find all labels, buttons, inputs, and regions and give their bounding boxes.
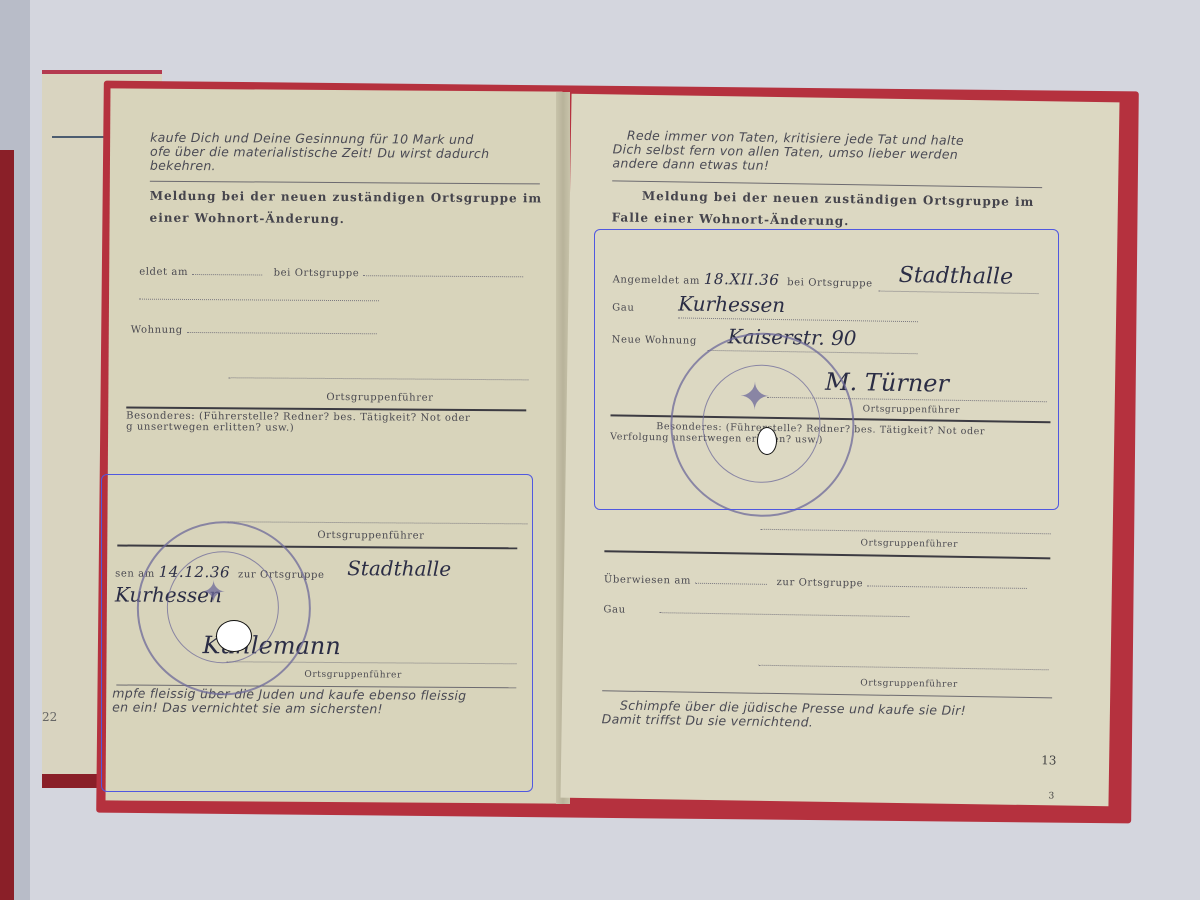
left-registration-field: eldet am bei Ortsgruppe [139, 267, 523, 281]
field-label: Wohnung [131, 325, 183, 336]
date-blank [695, 583, 767, 585]
right-slogan-top: Rede immer von Taten, kritisiere jede Ta… [612, 128, 1083, 177]
field-label: bei Ortsgruppe [274, 268, 360, 280]
heading-line: Meldung bei der neuen zuständigen Ortsgr… [150, 185, 550, 210]
signature-label: Ortsgruppenführer [860, 678, 958, 690]
field-label: zur Ortsgruppe [777, 577, 864, 589]
blank-line [139, 299, 379, 302]
left-slogan-top: kaufe Dich und Deine Gesinnung für 10 Ma… [150, 131, 550, 176]
left-wohnung-field: Wohnung [131, 325, 377, 338]
ortsgruppe-blank [867, 585, 1027, 589]
divider-thick [604, 550, 1050, 559]
signature-label: Ortsgruppenführer [326, 392, 433, 404]
underlying-page-number: 22 [42, 710, 57, 724]
annotation-box-right-registration-section[interactable] [594, 229, 1059, 510]
ueberwiesen-field: Überwiesen am zur Ortsgruppe [604, 574, 1027, 592]
heading-line: einer Wohnort-Änderung. [150, 207, 550, 232]
note-line: g unsertwegen erlitten? usw.) [126, 422, 536, 436]
divider [150, 181, 540, 185]
annotation-box-left-transfer-section[interactable] [101, 474, 533, 792]
date-blank [192, 274, 262, 275]
gau-field-2: Gau [603, 604, 909, 620]
divider [602, 690, 1052, 698]
besonderes-note: Besonderes: (Führerstelle? Redner? bes. … [126, 411, 536, 436]
background-red-strip [0, 150, 14, 900]
field-label: Gau [603, 604, 625, 615]
field-label: eldet am [139, 267, 188, 278]
gau-blank [659, 612, 909, 617]
signature-blank [759, 665, 1049, 671]
signature-label: Ortsgruppenführer [860, 538, 958, 550]
right-slogan-bottom: Schimpfe über die jüdische Presse und ka… [602, 698, 1072, 733]
signature-blank [228, 377, 528, 380]
left-heading: Meldung bei der neuen zuständigen Ortsgr… [150, 185, 550, 232]
ortsgruppe-blank [363, 275, 523, 277]
page-number: 13 [1041, 753, 1056, 767]
wohnung-blank [187, 332, 377, 334]
field-label: Überwiesen am [604, 574, 691, 586]
printer-mark: 3 [1049, 791, 1055, 801]
signature-blank [761, 529, 1051, 535]
slogan-line: bekehren. [150, 159, 550, 176]
